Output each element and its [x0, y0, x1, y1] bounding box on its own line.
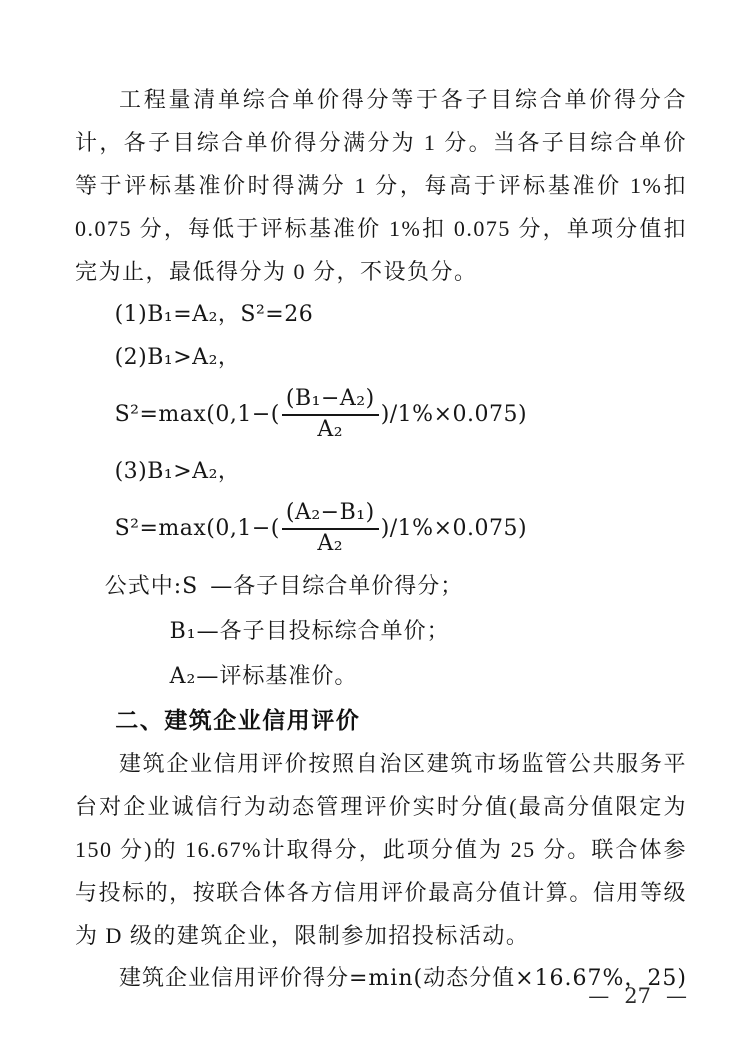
fraction-denominator: A₂	[317, 530, 343, 557]
formula-case-1: (1)B₁=A₂，S²=26	[75, 293, 687, 336]
document-page: 工程量清单综合单价得分等于各子目综合单价得分合计，各子目综合单价得分满分为 1 …	[0, 0, 755, 1055]
definition-symbol: 公式中:S	[105, 574, 198, 599]
page-number: — 27 —	[588, 984, 687, 1008]
fraction: (B₁−A₂) A₂	[282, 386, 379, 443]
formula-s2-low-bid: S²=max(0,1−( (A₂−B₁) A₂ )/1%×0.075)	[75, 500, 687, 557]
formula-prefix: S²=max(0,1−(	[115, 402, 280, 427]
fraction-denominator: A₂	[317, 416, 343, 443]
formula-case-2: (2)B₁>A₂，	[75, 336, 687, 379]
paragraph-unit-price-scoring: 工程量清单综合单价得分等于各子目综合单价得分合计，各子目综合单价得分满分为 1 …	[75, 78, 687, 293]
section-heading-credit-evaluation: 二、建筑企业信用评价	[75, 699, 687, 742]
formula-suffix: )/1%×0.075)	[381, 402, 527, 427]
fraction-numerator: (B₁−A₂)	[282, 386, 379, 416]
fraction-numerator: (A₂−B₁)	[282, 500, 379, 530]
page-content: 工程量清单综合单价得分等于各子目综合单价得分合计，各子目综合单价得分满分为 1 …	[75, 78, 687, 1000]
formula-case-3: (3)B₁>A₂，	[75, 450, 687, 493]
fraction: (A₂−B₁) A₂	[282, 500, 379, 557]
definition-s: 公式中:S—各子目综合单价得分；	[75, 564, 687, 609]
definition-text: —各子目综合单价得分；	[198, 574, 463, 599]
paragraph-credit-evaluation: 建筑企业信用评价按照自治区建筑市场监管公共服务平台对企业诚信行为动态管理评价实时…	[75, 742, 687, 957]
definition-b1: B₁—各子目投标综合单价；	[75, 609, 687, 654]
definition-text: —各子目投标综合单价；	[197, 619, 450, 644]
formula-prefix: S²=max(0,1−(	[115, 516, 280, 541]
footer-page-number: 27	[624, 984, 651, 1008]
footer-right-dash: —	[666, 984, 687, 1008]
definition-symbol: A₂	[170, 664, 197, 689]
definition-text: —评标基准价。	[196, 664, 357, 689]
footer-left-dash: —	[588, 984, 609, 1008]
formula-suffix: )/1%×0.075)	[381, 516, 527, 541]
definition-a2: A₂—评标基准价。	[75, 654, 687, 699]
definition-symbol: B₁	[170, 619, 197, 644]
formula-s2-high-bid: S²=max(0,1−( (B₁−A₂) A₂ )/1%×0.075)	[75, 386, 687, 443]
